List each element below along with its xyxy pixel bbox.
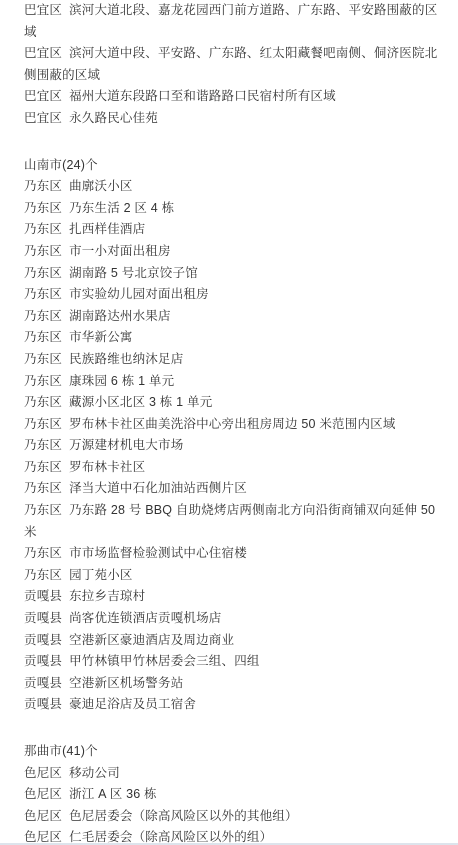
area-entry: 贡嘎县东拉乡吉琼村 bbox=[24, 586, 450, 608]
area-entry: 乃东区民族路维也纳沐足店 bbox=[24, 349, 450, 371]
entry-area-description: 浙江 A 区 36 栋 bbox=[69, 787, 157, 801]
city-section: 那曲市(41)个色尼区移动公司色尼区浙江 A 区 36 栋色尼区色尼居委会（除高… bbox=[24, 741, 450, 845]
city-section-header: 山南市(24)个 bbox=[24, 155, 450, 177]
entry-district: 乃东区 bbox=[24, 395, 62, 409]
entry-area-description: 乃东路 28 号 BBQ 自助烧烤店两侧南北方向沿街商铺双向延伸 50 米 bbox=[24, 503, 435, 539]
entry-district: 贡嘎县 bbox=[24, 676, 62, 690]
entry-district: 乃东区 bbox=[24, 568, 62, 582]
entry-area-description: 园丁苑小区 bbox=[69, 568, 133, 582]
area-entry: 乃东区市华新公寓 bbox=[24, 327, 450, 349]
entry-district: 巴宜区 bbox=[24, 46, 62, 60]
entry-district: 乃东区 bbox=[24, 309, 62, 323]
entry-district: 色尼区 bbox=[24, 809, 62, 823]
entry-area-description: 扎西样佳酒店 bbox=[69, 222, 145, 236]
entry-area-description: 福州大道东段路口至和谐路路口民宿村所有区域 bbox=[69, 89, 336, 103]
entry-district: 乃东区 bbox=[24, 481, 62, 495]
entry-area-description: 市市场监督检验测试中心住宿楼 bbox=[69, 546, 247, 560]
entry-district: 贡嘎县 bbox=[24, 697, 62, 711]
area-entry: 乃东区泽当大道中石化加油站西侧片区 bbox=[24, 478, 450, 500]
area-entry: 乃东区藏源小区北区 3 栋 1 单元 bbox=[24, 392, 450, 414]
area-entry: 乃东区湖南路达州水果店 bbox=[24, 306, 450, 328]
entry-district: 巴宜区 bbox=[24, 89, 62, 103]
area-entry: 乃东区乃东路 28 号 BBQ 自助烧烤店两侧南北方向沿街商铺双向延伸 50 米 bbox=[24, 500, 450, 543]
entry-district: 乃东区 bbox=[24, 287, 62, 301]
entry-area-description: 湖南路达州水果店 bbox=[69, 309, 171, 323]
area-entry: 色尼区浙江 A 区 36 栋 bbox=[24, 784, 450, 806]
entry-area-description: 空港新区豪迪酒店及周边商业 bbox=[69, 633, 234, 647]
entry-district: 色尼区 bbox=[24, 766, 62, 780]
entry-area-description: 滨河大道北段、嘉龙花园西门前方道路、广东路、平安路围蔽的区域 bbox=[24, 3, 437, 39]
entry-area-description: 甲竹林镇甲竹林居委会三组、四组 bbox=[69, 654, 260, 668]
entry-district: 乃东区 bbox=[24, 417, 62, 431]
area-entry: 乃东区康珠园 6 栋 1 单元 bbox=[24, 371, 450, 393]
city-section-header: 那曲市(41)个 bbox=[24, 741, 450, 763]
entry-area-description: 曲廓沃小区 bbox=[69, 179, 133, 193]
area-entry: 乃东区万源建材机电大市场 bbox=[24, 435, 450, 457]
entry-area-description: 滨河大道中段、平安路、广东路、红太阳藏餐吧南侧、侗济医院北侧围蔽的区域 bbox=[24, 46, 437, 82]
entry-district: 贡嘎县 bbox=[24, 633, 62, 647]
area-entry: 乃东区园丁苑小区 bbox=[24, 565, 450, 587]
area-entry: 乃东区乃东生活 2 区 4 栋 bbox=[24, 198, 450, 220]
entry-district: 乃东区 bbox=[24, 438, 62, 452]
entry-area-description: 豪迪足浴店及员工宿舍 bbox=[69, 697, 196, 711]
entry-district: 贡嘎县 bbox=[24, 589, 62, 603]
entry-area-description: 康珠园 6 栋 1 单元 bbox=[69, 374, 174, 388]
entry-area-description: 市华新公寓 bbox=[69, 330, 133, 344]
area-entry: 乃东区曲廓沃小区 bbox=[24, 176, 450, 198]
entry-area-description: 藏源小区北区 3 栋 1 单元 bbox=[69, 395, 212, 409]
area-entry: 色尼区移动公司 bbox=[24, 763, 450, 785]
entry-area-description: 湖南路 5 号北京饺子馆 bbox=[69, 266, 198, 280]
entry-district: 巴宜区 bbox=[24, 3, 62, 17]
city-section: 山南市(24)个乃东区曲廓沃小区乃东区乃东生活 2 区 4 栋乃东区扎西样佳酒店… bbox=[24, 155, 450, 716]
area-entry: 贡嘎县豪迪足浴店及员工宿舍 bbox=[24, 694, 450, 716]
area-entry: 乃东区市市场监督检验测试中心住宿楼 bbox=[24, 543, 450, 565]
entry-area-description: 民族路维也纳沐足店 bbox=[69, 352, 183, 366]
city-section: 巴宜区滨河大道北段、嘉龙花园西门前方道路、广东路、平安路围蔽的区域巴宜区滨河大道… bbox=[24, 0, 450, 130]
entry-district: 乃东区 bbox=[24, 201, 62, 215]
risk-area-list: 巴宜区滨河大道北段、嘉龙花园西门前方道路、广东路、平安路围蔽的区域巴宜区滨河大道… bbox=[0, 0, 458, 845]
area-entry: 乃东区扎西样佳酒店 bbox=[24, 219, 450, 241]
area-entry: 贡嘎县空港新区机场警务站 bbox=[24, 673, 450, 695]
entry-area-description: 东拉乡吉琼村 bbox=[69, 589, 145, 603]
entry-area-description: 色尼居委会（除高风险区以外的其他组） bbox=[69, 809, 298, 823]
entry-district: 乃东区 bbox=[24, 266, 62, 280]
area-entry: 乃东区罗布林卡社区曲美洗浴中心旁出租房周边 50 米范围内区域 bbox=[24, 414, 450, 436]
entry-area-description: 罗布林卡社区 bbox=[69, 460, 145, 474]
entry-district: 乃东区 bbox=[24, 352, 62, 366]
entry-area-description: 空港新区机场警务站 bbox=[69, 676, 183, 690]
area-entry: 乃东区湖南路 5 号北京饺子馆 bbox=[24, 263, 450, 285]
area-entry: 巴宜区滨河大道中段、平安路、广东路、红太阳藏餐吧南侧、侗济医院北侧围蔽的区域 bbox=[24, 43, 450, 86]
area-entry: 乃东区罗布林卡社区 bbox=[24, 457, 450, 479]
entry-area-description: 市一小对面出租房 bbox=[69, 244, 171, 258]
entry-area-description: 尚客优连锁酒店贡嘎机场店 bbox=[69, 611, 221, 625]
entry-district: 贡嘎县 bbox=[24, 654, 62, 668]
entry-district: 贡嘎县 bbox=[24, 611, 62, 625]
area-entry: 巴宜区永久路民心佳苑 bbox=[24, 108, 450, 130]
entry-area-description: 市实验幼儿园对面出租房 bbox=[69, 287, 209, 301]
area-entry: 巴宜区滨河大道北段、嘉龙花园西门前方道路、广东路、平安路围蔽的区域 bbox=[24, 0, 450, 43]
entry-district: 乃东区 bbox=[24, 222, 62, 236]
entry-area-description: 万源建材机电大市场 bbox=[69, 438, 183, 452]
entry-district: 乃东区 bbox=[24, 374, 62, 388]
entry-area-description: 永久路民心佳苑 bbox=[69, 111, 158, 125]
entry-district: 乃东区 bbox=[24, 179, 62, 193]
entry-area-description: 移动公司 bbox=[69, 766, 120, 780]
entry-district: 乃东区 bbox=[24, 503, 62, 517]
entry-area-description: 罗布林卡社区曲美洗浴中心旁出租房周边 50 米范围内区域 bbox=[69, 417, 395, 431]
area-entry: 巴宜区福州大道东段路口至和谐路路口民宿村所有区域 bbox=[24, 86, 450, 108]
area-entry: 色尼区色尼居委会（除高风险区以外的其他组） bbox=[24, 806, 450, 828]
entry-district: 乃东区 bbox=[24, 546, 62, 560]
entry-district: 乃东区 bbox=[24, 460, 62, 474]
area-entry: 贡嘎县甲竹林镇甲竹林居委会三组、四组 bbox=[24, 651, 450, 673]
entry-district: 巴宜区 bbox=[24, 111, 62, 125]
entry-district: 色尼区 bbox=[24, 787, 62, 801]
entry-district: 乃东区 bbox=[24, 244, 62, 258]
area-entry: 贡嘎县空港新区豪迪酒店及周边商业 bbox=[24, 630, 450, 652]
entry-area-description: 泽当大道中石化加油站西侧片区 bbox=[69, 481, 247, 495]
area-entry: 乃东区市实验幼儿园对面出租房 bbox=[24, 284, 450, 306]
area-entry: 乃东区市一小对面出租房 bbox=[24, 241, 450, 263]
entry-district: 乃东区 bbox=[24, 330, 62, 344]
area-entry: 贡嘎县尚客优连锁酒店贡嘎机场店 bbox=[24, 608, 450, 630]
entry-area-description: 乃东生活 2 区 4 栋 bbox=[69, 201, 174, 215]
